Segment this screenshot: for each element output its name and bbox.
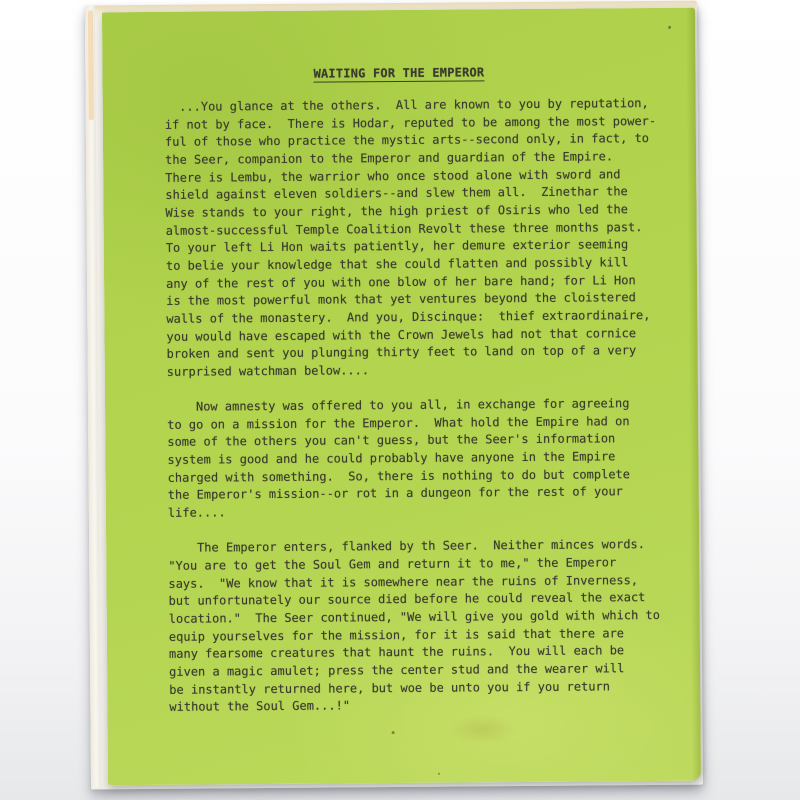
page-title: WAITING FOR THE EMPEROR — [313, 65, 484, 82]
paragraph-intro-characters: ...You glance at the others. All are kno… — [165, 95, 673, 381]
paper-stack: WAITING FOR THE EMPEROR ...You glance at… — [0, 0, 800, 800]
paper-speck — [668, 26, 671, 29]
body-text: ...You glance at the others. All are kno… — [165, 95, 676, 735]
paper-speck — [392, 731, 395, 734]
photo-background: WAITING FOR THE EMPEROR ...You glance at… — [0, 0, 800, 800]
title-row: WAITING FOR THE EMPEROR — [102, 60, 695, 85]
paragraph-emperor-speech: The Emperor enters, flanked by th Seer. … — [168, 536, 675, 717]
green-page: WAITING FOR THE EMPEROR ...You glance at… — [102, 8, 701, 786]
paper-speck — [438, 773, 440, 775]
paragraph-amnesty: Now amnesty was offered to you all, in e… — [167, 395, 674, 523]
paper-stain — [447, 714, 517, 745]
